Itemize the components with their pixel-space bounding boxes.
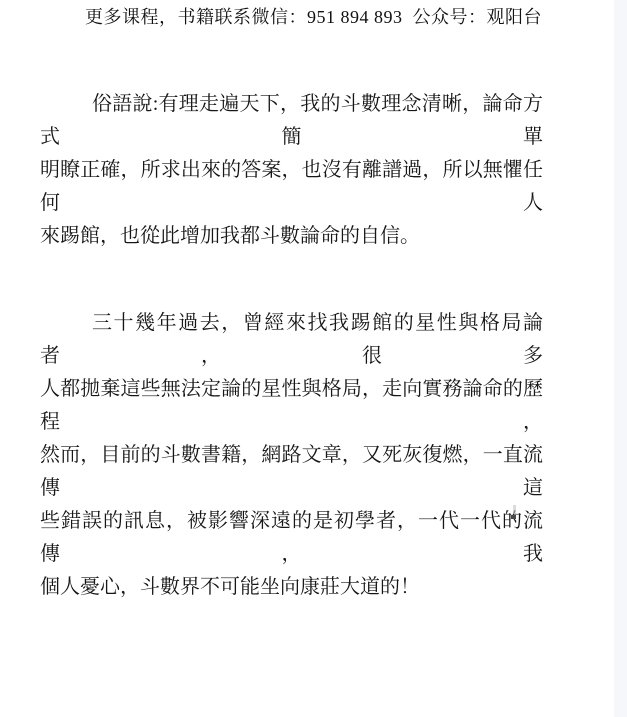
text-line: 然而，目前的斗數書籍，網路文章，又死灰復燃，一直流傳這 — [40, 439, 543, 505]
document-body: 俗語說:有理走遍天下，我的斗數理念清晰，論命方式簡單 明瞭正確，所求出來的答案，… — [40, 88, 543, 604]
text-line: 俗語說:有理走遍天下，我的斗數理念清晰，論命方式簡單 — [40, 88, 543, 154]
scanned-document-page: 更多课程，书籍联系微信：951 894 893 公众号：观阳台 俗語說:有理走遍… — [0, 0, 627, 717]
text-line: 個人憂心，斗數界不可能坐向康莊大道的！ — [40, 571, 543, 604]
text-line: 三十幾年過去，曾經來找我踢館的星性與格局論者，很多 — [40, 307, 543, 373]
paragraph-1: 俗語說:有理走遍天下，我的斗數理念清晰，論命方式簡單 明瞭正確，所求出來的答案，… — [40, 88, 543, 253]
text-line: 些錯誤的訊息，被影響深遠的是初學者，一代一代的流傳，我 — [40, 505, 543, 571]
right-edge-strip — [614, 0, 627, 717]
text-line: 來踢館，也從此增加我都斗數論命的自信。 — [40, 220, 543, 253]
ink-dot — [511, 515, 516, 519]
text-line: 人都拋棄這些無法定論的星性與格局，走向實務論命的歷程， — [40, 373, 543, 439]
paragraph-2: 三十幾年過去，曾經來找我踢館的星性與格局論者，很多 人都拋棄這些無法定論的星性與… — [40, 307, 543, 604]
header-contact-note: 更多课程，书籍联系微信：951 894 893 公众号：观阳台 — [0, 5, 627, 29]
text-line: 明瞭正確，所求出來的答案，也沒有離譜過，所以無懼任何人 — [40, 154, 543, 220]
ink-speck-artifact — [511, 505, 517, 520]
ink-smear — [513, 505, 516, 514]
